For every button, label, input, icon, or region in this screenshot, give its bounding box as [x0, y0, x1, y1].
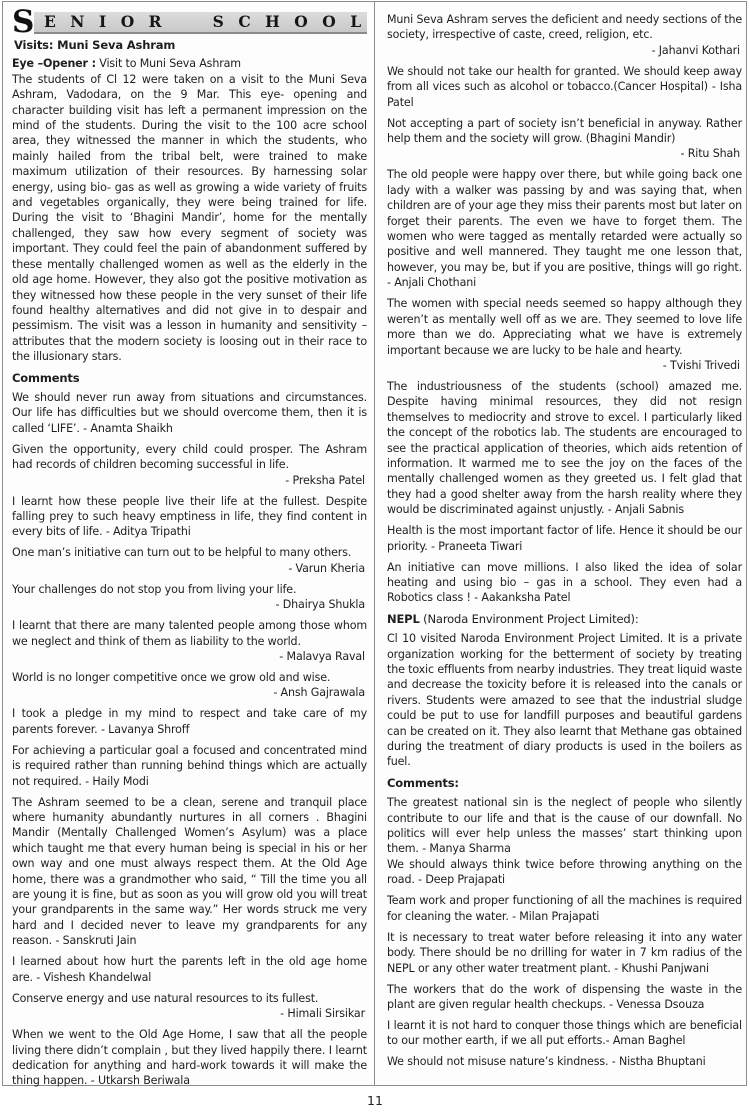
comment: The women with special needs seemed so h… [387, 296, 742, 373]
comment: The workers that do the work of dispensi… [387, 982, 742, 1013]
comment: We should always think twice before thro… [387, 857, 742, 888]
comment: It is necessary to treat water before re… [387, 930, 742, 976]
nepl-title: (Naroda Environment Project Limited): [420, 612, 639, 626]
masthead-letter: C [238, 14, 250, 29]
page-number: 11 [0, 1093, 750, 1108]
comment: I took a pledge in my mind to respect an… [12, 706, 367, 737]
masthead-letter: L [350, 14, 361, 29]
comment-author: - Malavya Raval [12, 649, 367, 664]
nepl-report-body: Cl 10 visited Naroda Environment Project… [387, 631, 742, 770]
comment-author: - Varun Kheria [12, 561, 367, 576]
comment: Not accepting a part of society isn’t be… [387, 116, 742, 162]
comment: I learnt it is not hard to conquer those… [387, 1018, 742, 1049]
masthead-bar: E N I O R S C H O O L [34, 12, 367, 34]
masthead-letter: I [99, 14, 106, 29]
comment: One man’s initiative can turn out to be … [12, 545, 367, 576]
comment-author: - Tvishi Trivedi [387, 358, 742, 373]
comment: I learned about how hurt the parents lef… [12, 954, 367, 985]
masthead-letter: S [213, 14, 224, 29]
comment: The old people were happy over there, bu… [387, 167, 742, 290]
masthead-letter: O [294, 14, 307, 29]
comment: World is no longer competitive once we g… [12, 670, 367, 701]
nepl-label: NEPL [387, 612, 420, 626]
nepl-comments-heading: Comments: [387, 776, 742, 791]
eye-opener-label: Eye –Opener : [12, 57, 96, 70]
comment: Conserve energy and use natural resource… [12, 991, 367, 1022]
section-title-visits: Visits: Muni Seva Ashram [14, 38, 367, 53]
comment: Health is the most important factor of l… [387, 523, 742, 554]
comment-author: - Preksha Patel [12, 473, 367, 488]
comment: An initiative can move millions. I also … [387, 560, 742, 606]
masthead-letter: O [322, 14, 335, 29]
nepl-heading: NEPL (Naroda Environment Project Limited… [387, 612, 742, 627]
masthead-letter: E [44, 14, 56, 29]
comment: I learnt that there are many talented pe… [12, 618, 367, 664]
comment: The Ashram seemed to be a clean, serene … [12, 795, 367, 949]
masthead-letter: O [121, 14, 134, 29]
masthead-initial: S [12, 8, 34, 36]
comment-author: - Himali Sirsikar [12, 1006, 367, 1021]
comment: We should not take our health for grante… [387, 64, 742, 110]
masthead-letter: H [265, 14, 280, 29]
comment: Team work and proper functioning of all … [387, 893, 742, 924]
comment: The greatest national sin is the neglect… [387, 795, 742, 857]
masthead-senior-school: S E N I O R S C H O O L [12, 6, 367, 36]
masthead-letter: R [149, 14, 162, 29]
comment: Your challenges do not stop you from liv… [12, 582, 367, 613]
comment: Given the opportunity, every child could… [12, 442, 367, 488]
eye-opener-line: Eye –Opener : Visit to Muni Seva Ashram [12, 56, 367, 71]
column-divider [374, 1, 375, 1086]
left-column: S E N I O R S C H O O L Visits: Muni Sev… [12, 6, 367, 1094]
comment-author: - Dhairya Shukla [12, 597, 367, 612]
comment: The industriousness of the students (sch… [387, 379, 742, 518]
comment-author: - Ansh Gajrawala [12, 685, 367, 700]
comments-heading: Comments [12, 371, 367, 386]
comment: For achieving a particular goal a focuse… [12, 743, 367, 789]
comment: We should not misuse nature’s kindness. … [387, 1054, 742, 1069]
comment-author: - Jahanvi Kothari [387, 43, 742, 58]
comment: When we went to the Old Age Home, I saw … [12, 1027, 367, 1089]
right-column: Muni Seva Ashram serves the deficient an… [387, 12, 742, 1075]
comment: We should never run away from situations… [12, 390, 367, 436]
comment: I learnt how these people live their lif… [12, 494, 367, 540]
comment: Muni Seva Ashram serves the deficient an… [387, 12, 742, 58]
comment-author: - Ritu Shah [387, 146, 742, 161]
eye-opener-text: Visit to Muni Seva Ashram [96, 57, 241, 70]
masthead-letter: N [70, 14, 84, 29]
visit-report-body: The students of Cl 12 were taken on a vi… [12, 72, 367, 365]
